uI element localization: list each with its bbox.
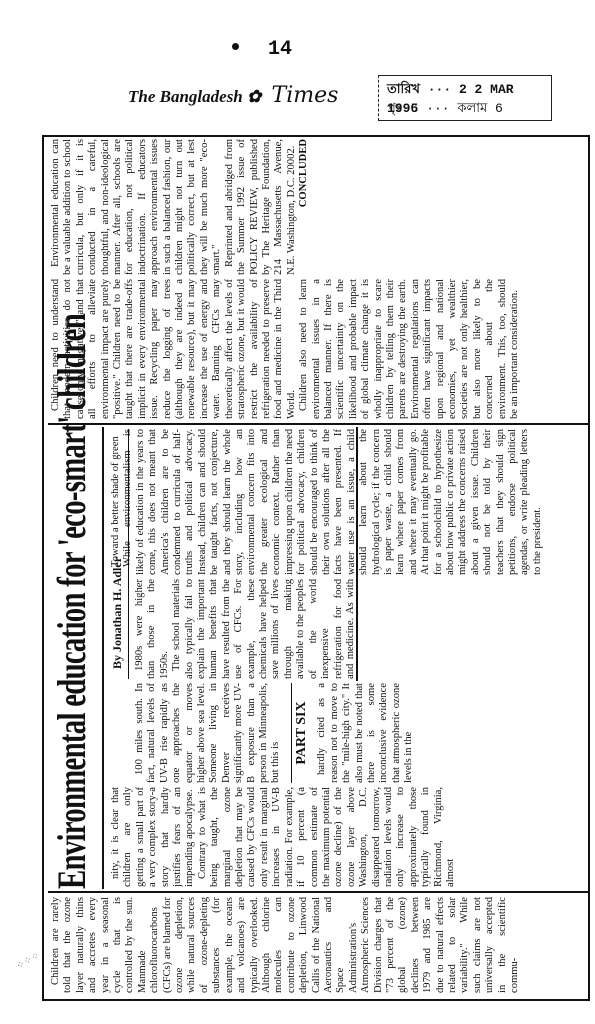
stamp-page-label: পৃঃ	[387, 101, 403, 116]
archive-stamp: তারিখ ··· 2 2 MAR 1996 পৃঃ 5 ··· কলাম 6	[378, 75, 552, 121]
headline-rule	[102, 427, 104, 889]
paragraph: nity, it is clear that children are only…	[110, 787, 197, 887]
page-number: 14	[268, 38, 292, 61]
paragraph: Reprinted and abridged from the Summer 1…	[224, 139, 298, 275]
article-column-6: Children need to understand that modern …	[50, 279, 586, 419]
stamp-date-label: তারিখ	[387, 82, 420, 97]
article-column-5: Toward a better shade of green While env…	[110, 429, 586, 575]
paragraph: While environmentalism is likely of educ…	[122, 429, 544, 575]
masthead-printed: The Bangladesh	[128, 87, 243, 106]
article-headline: Environmental education for 'eco-smart' …	[50, 428, 94, 889]
article-column-3: 100 miles south. In fact, natural levels…	[134, 683, 586, 783]
newspaper-masthead: The Bangladesh ✿ Times	[128, 83, 338, 108]
paragraph: Contrary to what is being taught, the ma…	[197, 787, 458, 887]
paragraph: Environmental education can be a valuabl…	[50, 139, 224, 275]
paragraph: Children need to understand that modern …	[50, 279, 298, 419]
subhead: Toward a better shade of green	[110, 429, 122, 575]
stamp-column-label: কলাম	[457, 101, 487, 116]
paragraph: 1980s were higher than those in the 1950…	[134, 579, 171, 679]
column-divider	[48, 892, 588, 894]
article-column-1: Children are rarely told that the ozone …	[50, 897, 586, 993]
paragraph: 100 miles south. In fact, natural levels…	[134, 683, 283, 783]
article-column-2: nity, it is clear that children are only…	[110, 787, 586, 887]
article-column-4: 1980s were higher than those in the 1950…	[134, 579, 354, 679]
newspaper-article: Children are rarely told that the ozone …	[42, 135, 590, 1001]
section-label: PART SIX	[291, 683, 308, 783]
article-column-7: Environmental education can be a valuabl…	[50, 139, 586, 275]
stamp-column-value: 6	[495, 101, 503, 116]
paragraph: hardly cited as a reason not to move to …	[316, 683, 415, 783]
clover-icon: ✿	[247, 87, 261, 106]
paragraph: Children are rarely told that the ozone …	[50, 897, 521, 993]
masthead-handwritten: Times	[272, 83, 339, 108]
column-divider	[48, 424, 588, 426]
bullet-mark	[232, 43, 239, 50]
stamp-page-value: 5	[411, 101, 419, 116]
paragraph: Children also need to learn environmenta…	[298, 279, 521, 419]
paragraph: The school materials also typically fail…	[171, 579, 354, 679]
end-mark: CONCLUDED	[298, 139, 310, 275]
